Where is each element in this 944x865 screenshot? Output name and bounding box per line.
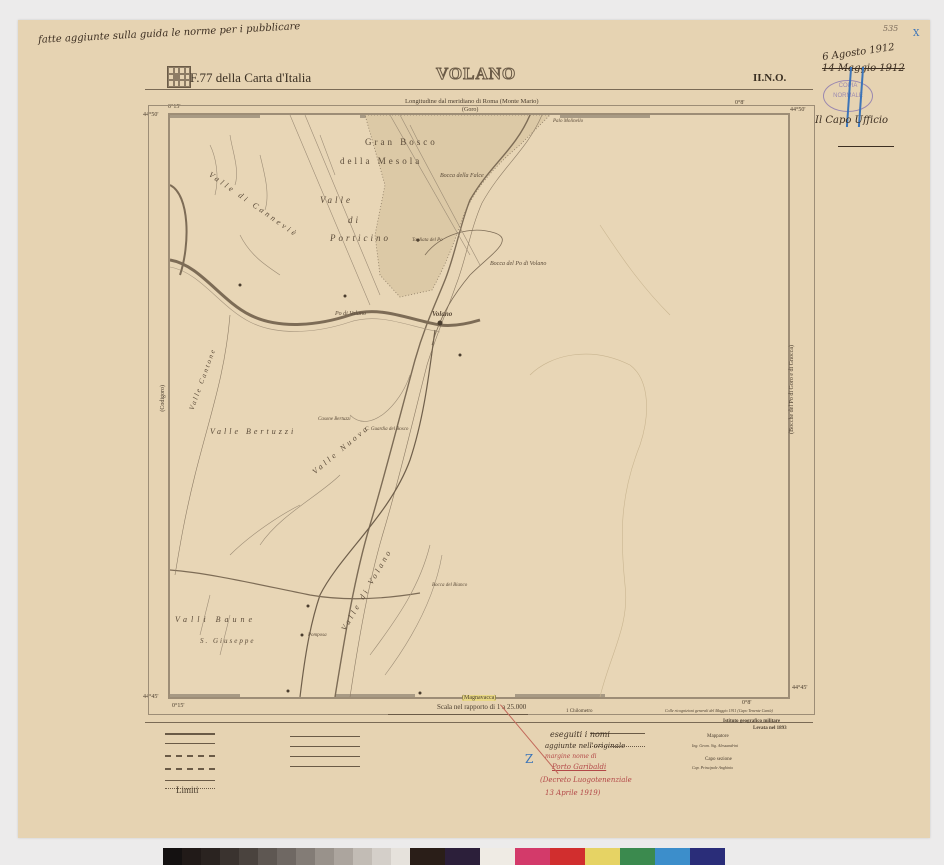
institute-label: Istituto geografico militare bbox=[723, 719, 780, 724]
place-bocca-della-falce: Bocca della Falce bbox=[440, 173, 484, 179]
signature-title: Il Capo Ufficio bbox=[815, 115, 888, 126]
place-valle-porticino-1: Valle bbox=[320, 195, 353, 205]
note-line-3: margine nome di bbox=[545, 753, 597, 760]
color-swatch bbox=[296, 848, 315, 865]
color-swatch bbox=[315, 848, 334, 865]
color-swatch bbox=[620, 848, 655, 865]
place-pomposa: Pomposa bbox=[308, 633, 327, 638]
limiti-label: Limiti bbox=[176, 785, 199, 795]
color-swatch bbox=[334, 848, 353, 865]
place-volano: Volano bbox=[432, 310, 452, 318]
legend-line bbox=[290, 766, 360, 767]
place-po-di-volano: Po di Volano bbox=[335, 311, 366, 317]
color-swatch bbox=[480, 848, 515, 865]
color-swatch bbox=[277, 848, 296, 865]
map-area[interactable]: Gran Bosco della Mesola Bocca della Falc… bbox=[168, 113, 790, 699]
catalog-number: 535 bbox=[883, 24, 898, 33]
note-line-5: (Decreto Luogotenenziale bbox=[540, 776, 632, 784]
left-place-label: (Codigoro) bbox=[160, 385, 166, 412]
place-c-guardia-del-bosco: C. Guardia del Bosco bbox=[365, 427, 408, 432]
legend-line bbox=[290, 756, 360, 757]
color-swatch bbox=[258, 848, 277, 865]
map-title: VOLANO bbox=[436, 64, 516, 84]
place-palo-molinello: Palo Molinello bbox=[553, 119, 583, 124]
color-swatch bbox=[585, 848, 620, 865]
place-bocca-po-di-volano: Bocca del Po di Volano bbox=[490, 261, 546, 267]
sheet-number: F.77 della Carta d'Italia bbox=[190, 70, 311, 86]
color-swatch bbox=[182, 848, 201, 865]
legend-line bbox=[165, 733, 215, 735]
signature-line bbox=[838, 146, 894, 147]
color-swatch bbox=[550, 848, 585, 865]
color-swatch bbox=[391, 848, 410, 865]
note-line-4: Porto Garibaldi bbox=[552, 763, 606, 771]
map-features bbox=[170, 115, 788, 697]
legend-line bbox=[165, 743, 215, 744]
legend-line bbox=[165, 768, 215, 770]
color-swatch bbox=[353, 848, 372, 865]
bottom-place-label: (Magnavacca) bbox=[462, 695, 496, 701]
sheet-index-grid-icon bbox=[167, 66, 191, 88]
place-gran-bosco: Gran Bosco bbox=[365, 137, 438, 147]
quadrant-label: II.N.O. bbox=[753, 72, 786, 84]
color-swatch bbox=[201, 848, 220, 865]
place-casone-bertuzzi: Casone Bertuzzi bbox=[318, 417, 351, 422]
right-place-label: (Bocche del Po di Goro e di Gnocca) bbox=[789, 345, 795, 434]
color-calibration-strip bbox=[163, 848, 725, 865]
legend-line bbox=[165, 780, 215, 781]
color-swatch bbox=[445, 848, 480, 865]
place-valle-bertuzzi: Valle Bertuzzi bbox=[210, 427, 296, 436]
color-swatch bbox=[655, 848, 690, 865]
color-swatch bbox=[410, 848, 445, 865]
place-bocca-del-bianco: Bocca del Bianco bbox=[432, 583, 467, 588]
color-swatch bbox=[690, 848, 725, 865]
scale-label: Scala nel rapporto di 1 a 25.000 bbox=[437, 703, 526, 711]
place-porticino: Porticino bbox=[330, 233, 391, 243]
color-swatch bbox=[515, 848, 550, 865]
place-s-giuseppe: S. Giuseppe bbox=[200, 637, 255, 645]
legend-line bbox=[290, 746, 360, 747]
color-swatch bbox=[163, 848, 182, 865]
scale-unit: 1 Chilometro bbox=[566, 709, 593, 714]
note-line-1: eseguiti i nomi bbox=[550, 730, 610, 739]
color-swatch bbox=[220, 848, 239, 865]
color-swatch bbox=[372, 848, 391, 865]
place-di: di bbox=[348, 215, 361, 225]
map-legend bbox=[160, 728, 800, 808]
legend-line bbox=[165, 755, 215, 757]
place-della-mesola: della Mesola bbox=[340, 156, 422, 166]
legend-line bbox=[290, 736, 360, 737]
note-line-2: aggiunte nell'originale bbox=[545, 742, 625, 750]
corner-mark: X bbox=[913, 29, 919, 39]
color-swatch bbox=[239, 848, 258, 865]
place-tagliata-del-po: Tagliata del Po bbox=[412, 238, 443, 243]
survey-note: Colle ricognizioni generali del Maggio 1… bbox=[665, 708, 773, 713]
longitude-note: Longitudine dal meridiano di Roma (Monte… bbox=[405, 98, 539, 105]
blue-z-mark: Z bbox=[525, 752, 533, 766]
note-line-6: 13 Aprile 1919) bbox=[545, 789, 600, 797]
legend-rule bbox=[145, 722, 813, 723]
header-rule bbox=[145, 89, 813, 90]
place-valli-baune: Valli Baune bbox=[175, 615, 256, 624]
